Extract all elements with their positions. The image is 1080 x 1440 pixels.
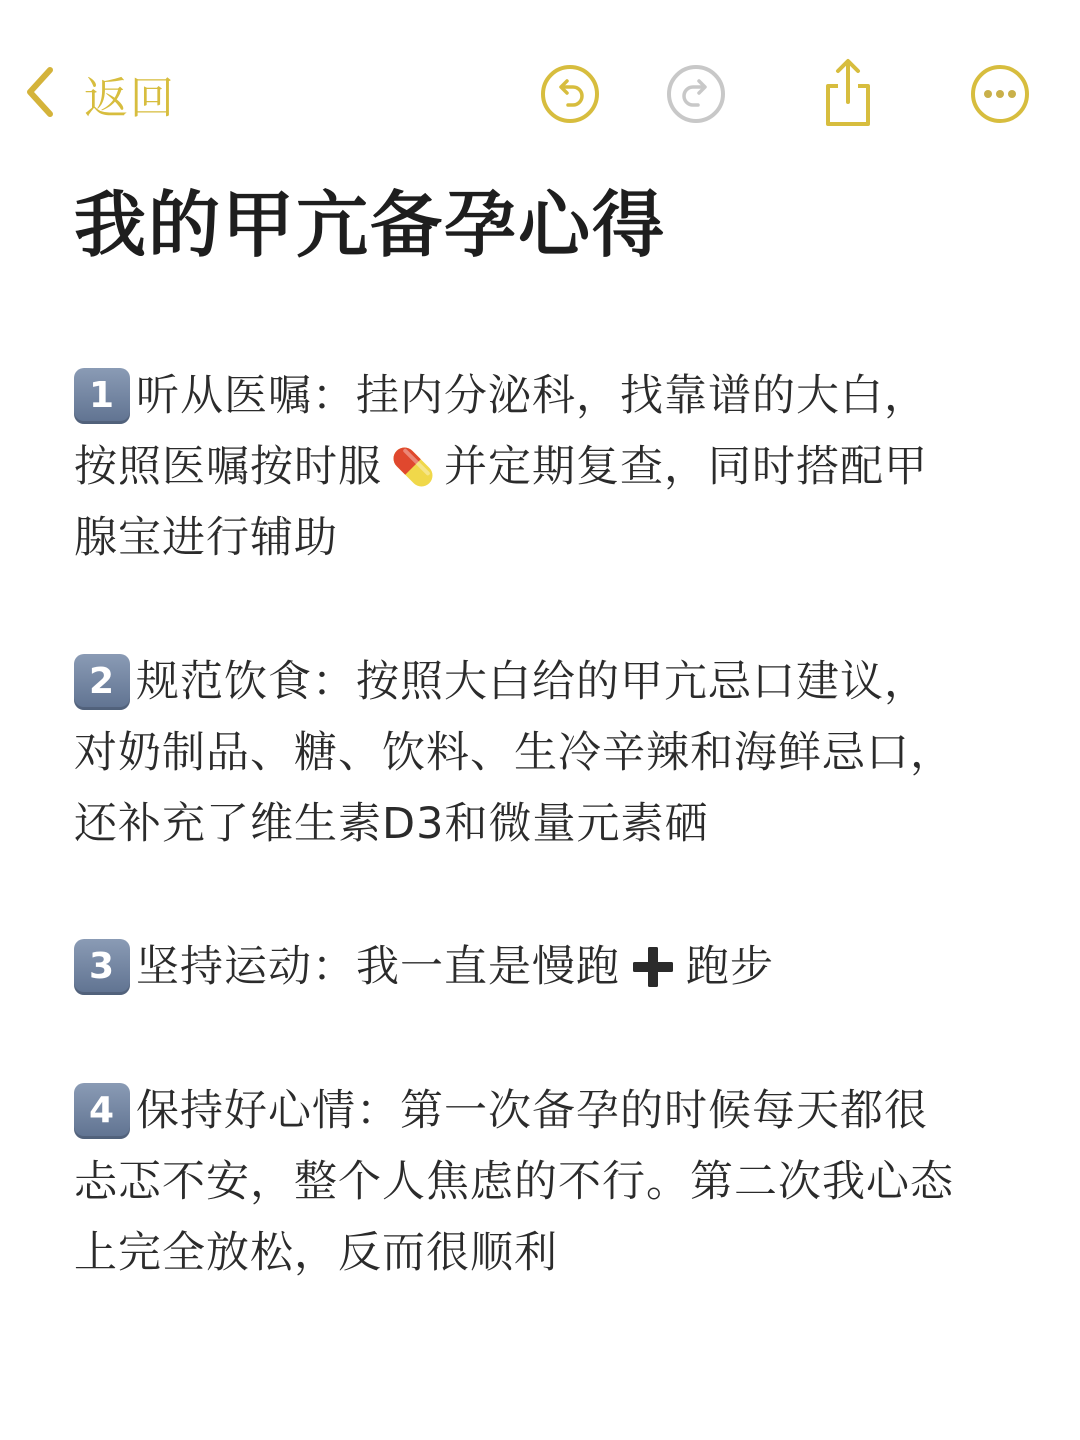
section-text: 上完全放松，反而很顺利 [74,1223,558,1283]
more-icon [968,62,1032,126]
back-button[interactable]: 返回 [20,62,176,126]
section-4-line-3: 上完全放松，反而很顺利 [74,1223,558,1283]
section-3-line-1: 3 坚持运动：我一直是慢跑 跑步 [74,937,774,997]
section-4-line-2: 忐忑不安，整个人焦虑的不行。第二次我心态 [74,1152,954,1212]
section-text: 按照医嘱按时服 [74,437,382,497]
pill-icon [384,438,442,496]
section-4-line-1: 4 保持好心情：第一次备孕的时候每天都很 [74,1081,928,1141]
section-1-line-1: 1 听从医嘱：挂内分泌科，找靠谱的大白， [74,366,928,426]
section-text: 规范饮食：按照大白给的甲亢忌口建议， [136,652,928,712]
section-text: 坚持运动：我一直是慢跑 [136,937,620,997]
section-text: 还补充了维生素D3和微量元素硒 [74,794,708,854]
section-text: 并定期复查，同时搭配甲 [444,437,928,497]
keycap-4-icon: 4 [74,1083,130,1139]
back-label: 返回 [84,62,176,126]
keycap-1-icon: 1 [74,368,130,424]
share-icon [816,56,880,128]
section-text: 腺宝进行辅助 [74,508,338,568]
nav-bar: 返回 [0,0,1080,180]
more-button[interactable] [968,62,1032,126]
share-button[interactable] [816,56,880,128]
undo-button[interactable] [538,62,602,126]
section-2-line-1: 2 规范饮食：按照大白给的甲亢忌口建议， [74,652,928,712]
section-2-line-3: 还补充了维生素D3和微量元素硒 [74,794,708,854]
chevron-left-icon [20,60,60,128]
plus-icon [630,944,676,990]
section-text: 忐忑不安，整个人焦虑的不行。第二次我心态 [74,1152,954,1212]
section-2-line-2: 对奶制品、糖、饮料、生冷辛辣和海鲜忌口， [74,723,954,783]
redo-icon [664,62,728,126]
keycap-2-icon: 2 [74,654,130,710]
section-text: 跑步 [686,937,774,997]
section-1-line-2: 按照医嘱按时服 并定期复查，同时搭配甲 [74,437,928,497]
section-text: 对奶制品、糖、饮料、生冷辛辣和海鲜忌口， [74,723,954,783]
undo-icon [538,62,602,126]
section-text: 听从医嘱：挂内分泌科，找靠谱的大白， [136,366,928,426]
note-title: 我的甲亢备孕心得 [74,180,666,270]
keycap-3-icon: 3 [74,939,130,995]
section-text: 保持好心情：第一次备孕的时候每天都很 [136,1081,928,1141]
redo-button[interactable] [664,62,728,126]
section-1-line-3: 腺宝进行辅助 [74,508,338,568]
